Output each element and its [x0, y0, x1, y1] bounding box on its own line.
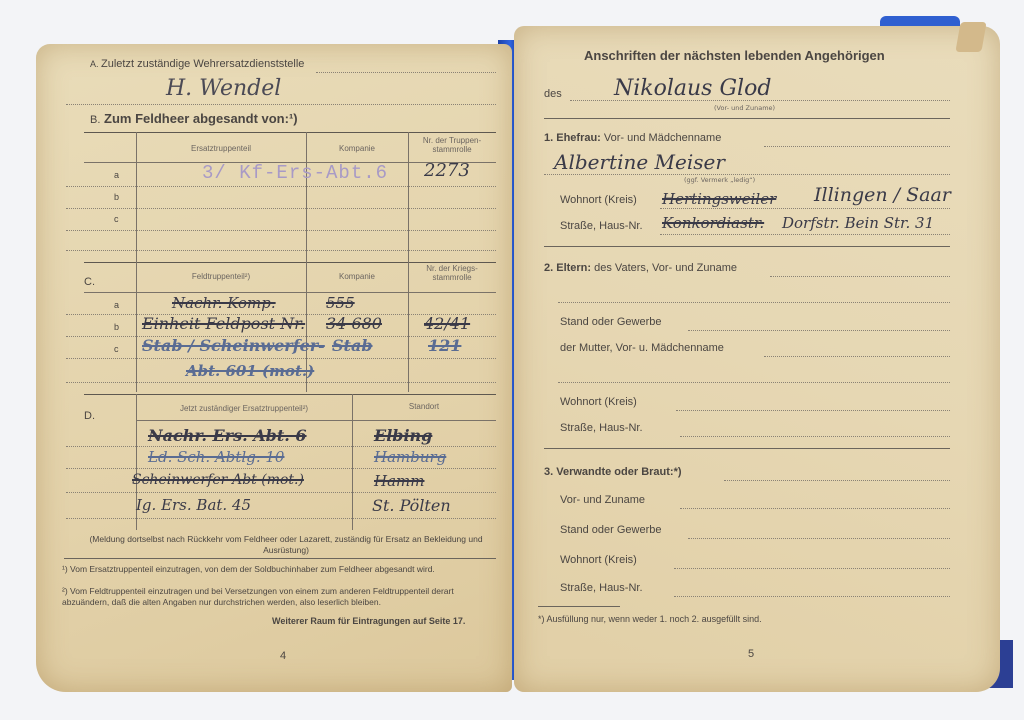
page-title: Anschriften der nächsten lebenden Angehö… — [584, 48, 885, 63]
page-corner-fold — [955, 22, 986, 52]
column-header: Standort — [352, 402, 496, 411]
column-header: Jetzt zuständiger Ersatztruppenteil²) — [136, 404, 352, 413]
section-1-heading: 1. Ehefrau: Vor- und Mädchenname — [544, 132, 721, 144]
column-header: Feldtruppenteil²) — [136, 272, 306, 281]
footnote-1: ¹) Vom Ersatztruppenteil einzutragen, vo… — [62, 564, 498, 575]
right-page: Anschriften der nächsten lebenden Angehö… — [514, 26, 1000, 692]
footnote: *) Ausfüllung nur, wenn weder 1. noch 2.… — [538, 614, 762, 624]
section-a-handwritten: H. Wendel — [166, 76, 281, 101]
unit-stamp: 3/ Kf-Ers-Abt.6 — [202, 162, 388, 184]
wife-name: Albertine Meiser — [554, 150, 725, 174]
column-header: Ersatztruppenteil — [136, 144, 306, 153]
section-3-heading: 3. Verwandte oder Braut:*) — [544, 466, 682, 478]
section-d-note: (Meldung dortselbst nach Rückkehr vom Fe… — [76, 534, 496, 556]
section-a-label: A. Zuletzt zuständige Wehrersatzdienstst… — [90, 58, 304, 70]
column-header: Nr. der Kriegs-stammrolle — [408, 264, 496, 282]
column-header: Kompanie — [306, 272, 408, 281]
section-2-heading: 2. Eltern: des Vaters, Vor- und Zuname — [544, 262, 737, 274]
column-header: Kompanie — [306, 144, 408, 153]
footnote-2: ²) Vom Feldtruppenteil einzutragen und b… — [62, 586, 498, 607]
section-b-title: B. Zum Feldheer abgesandt von:¹) — [90, 111, 298, 126]
page-number: 5 — [748, 648, 754, 660]
continuation-note: Weiterer Raum für Eintragungen auf Seite… — [272, 616, 465, 626]
page-number: 4 — [280, 650, 286, 662]
soldier-name: Nikolaus Glod — [614, 76, 771, 101]
left-page: A. Zuletzt zuständige Wehrersatzdienstst… — [36, 44, 512, 692]
column-header: Nr. der Truppen-stammrolle — [408, 136, 496, 154]
